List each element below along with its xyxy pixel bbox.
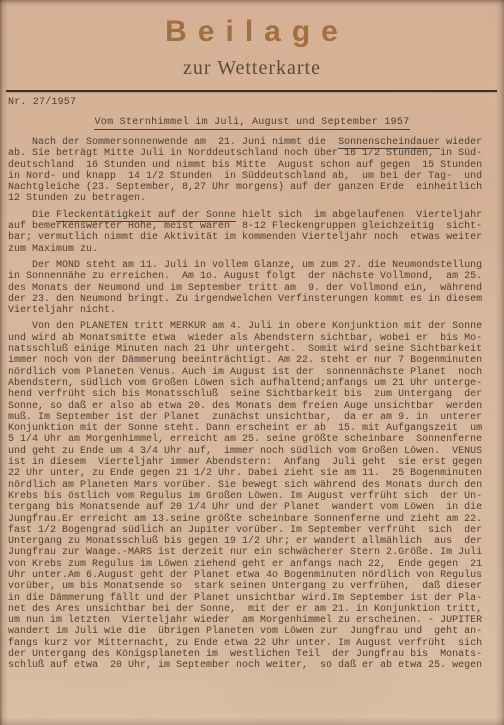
article-title-text: Vom Sternhimmel im Juli, August und Sept… bbox=[94, 117, 409, 130]
article: Vom Sternhimmel im Juli, August und Sept… bbox=[0, 116, 504, 672]
paragraph-sunspot-activity: Die Fleckentätigkeit auf der Sonne hielt… bbox=[8, 210, 504, 255]
paragraph-sunshine-duration: Nach der Sommersonnenwende am 21. Juni n… bbox=[8, 137, 504, 205]
masthead-subtitle: zur Wetterkarte bbox=[0, 57, 504, 79]
scanned-weather-bulletin-page: Beilage zur Wetterkarte Nr. 27/1957 Vom … bbox=[0, 0, 504, 725]
masthead: Beilage zur Wetterkarte bbox=[0, 0, 504, 79]
header-rule bbox=[6, 90, 497, 92]
paragraph-moon: Der MOND steht am 11. Juli in vollem Gla… bbox=[8, 260, 504, 316]
issue-number: Nr. 27/1957 bbox=[8, 97, 504, 109]
masthead-title: Beilage bbox=[0, 0, 504, 49]
paragraph-planets: Von den PLANETEN tritt MERKUR am 4. Juli… bbox=[8, 321, 504, 671]
article-title: Vom Sternhimmel im Juli, August und Sept… bbox=[0, 116, 504, 129]
